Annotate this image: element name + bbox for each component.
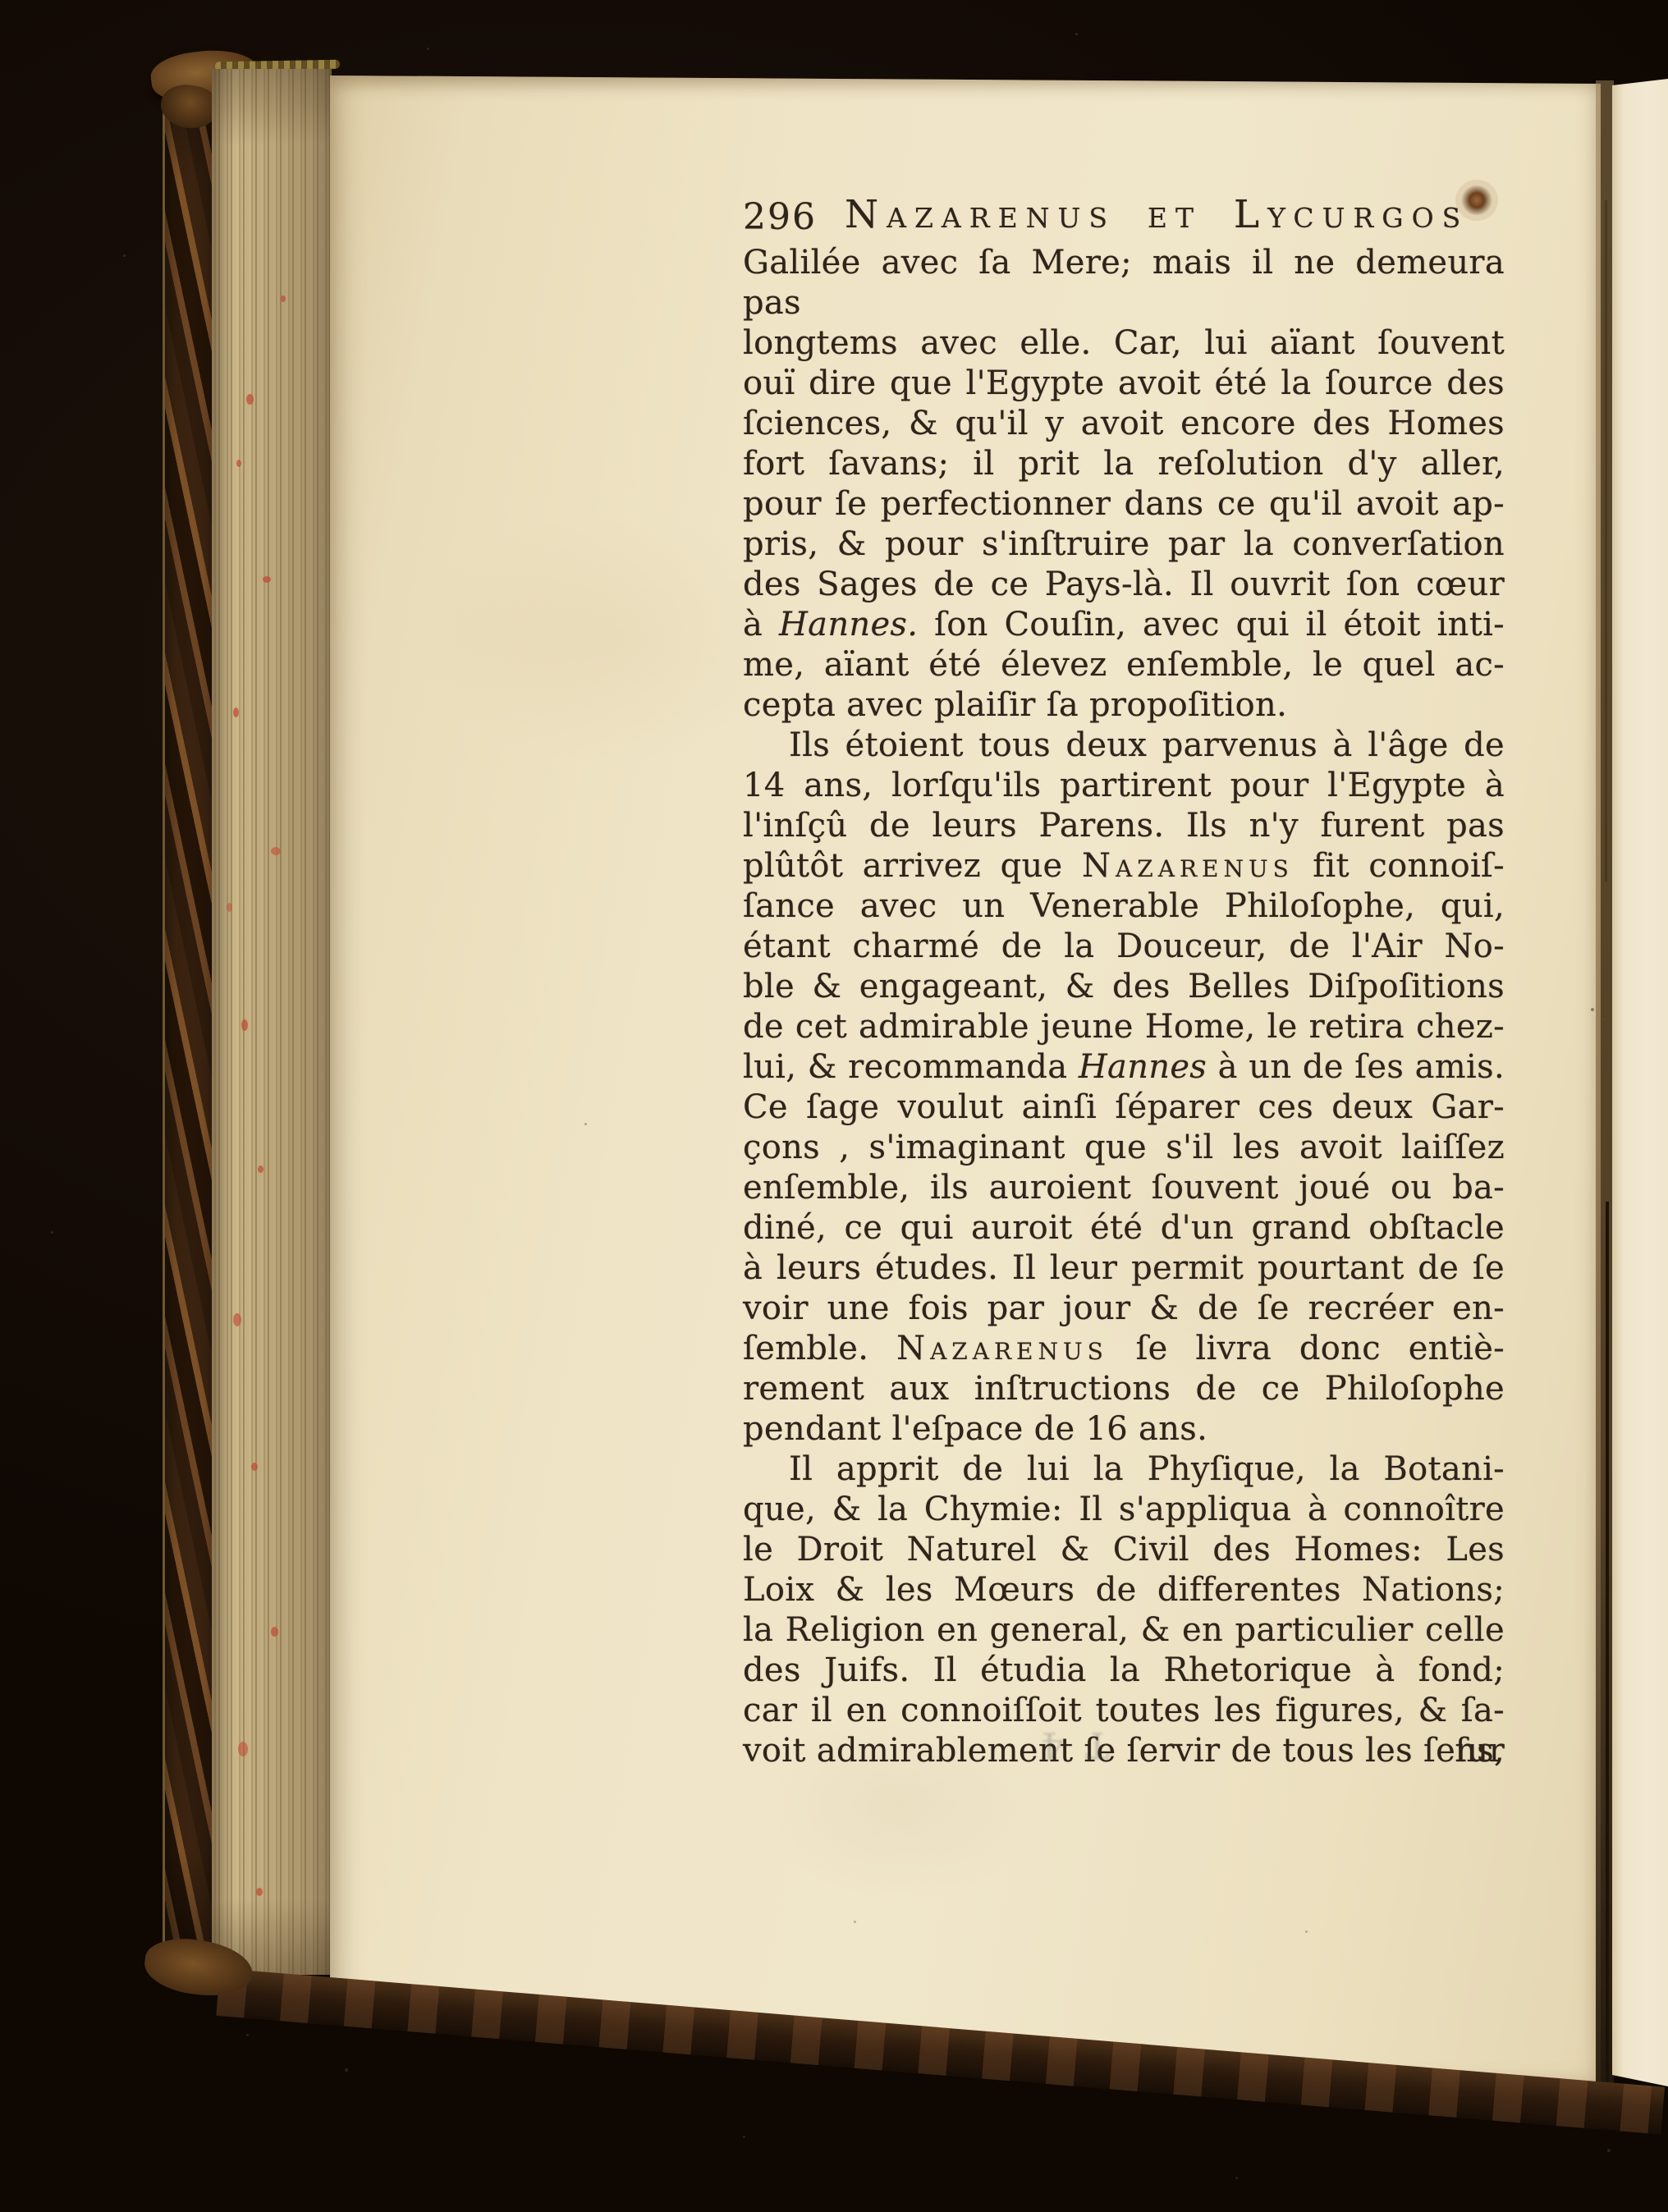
text-segment: cepta avec plaiſir ſa propoſition. bbox=[743, 686, 1287, 724]
text-line: pris, & pour s'inſtruire par la converſa… bbox=[743, 524, 1505, 565]
text-line: la Religion en general, & en particulier… bbox=[743, 1610, 1505, 1651]
page-header: 296 Nazarenus et Lycurgos bbox=[743, 192, 1514, 238]
running-title: Nazarenus et Lycurgos bbox=[845, 192, 1469, 237]
text-line: rement aux inſtructions de ce Philoſophe bbox=[743, 1369, 1505, 1409]
dust-speck bbox=[743, 2136, 745, 2138]
text-segment: le Droit Naturel & Civil des Homes: Les bbox=[743, 1531, 1505, 1569]
edge-speckle bbox=[227, 903, 232, 912]
italic-name: Hannes. bbox=[779, 606, 918, 643]
catchword: ſur bbox=[743, 1731, 1505, 1771]
text-line: pendant l'eſpace de 16 ans. bbox=[743, 1409, 1505, 1449]
text-segment: ſemble. bbox=[743, 1330, 896, 1367]
text-segment: étant charmé de la Douceur, de l'Air No- bbox=[743, 927, 1505, 965]
edge-speckle bbox=[251, 1463, 258, 1471]
text-segment: à bbox=[743, 606, 779, 643]
text-segment: Ils étoient tous deux parvenus à l'âge d… bbox=[789, 726, 1505, 764]
text-segment: pour ſe perfectionner dans ce qu'il avoi… bbox=[743, 485, 1505, 523]
book-spine-edge bbox=[163, 67, 216, 1963]
italic-name: Hannes bbox=[1079, 1048, 1207, 1086]
dust-speck bbox=[427, 48, 429, 50]
text-line: Loix & les Mœurs de differentes Nations; bbox=[743, 1570, 1505, 1610]
text-line: car il en connoiſſoit toutes les figures… bbox=[743, 1691, 1505, 1731]
photo-backdrop: 296 Nazarenus et Lycurgos Galilée avec ſ… bbox=[0, 0, 1668, 2212]
edge-speckle bbox=[256, 1888, 263, 1896]
text-segment: l'inſçû de leurs Parens. Ils n'y furent … bbox=[743, 807, 1505, 845]
dust-speck bbox=[51, 1231, 53, 1234]
text-segment: longtems avec elle. Car, lui aïant ſouve… bbox=[743, 324, 1505, 362]
text-segment: pendant l'eſpace de 16 ans. bbox=[743, 1410, 1207, 1448]
text-line: diné, ce qui auroit été d'un grand obſta… bbox=[743, 1208, 1505, 1248]
text-line: cepta avec plaiſir ſa propoſition. bbox=[743, 685, 1505, 726]
text-line: 14 ans, lorſqu'ils partirent pour l'Egyp… bbox=[743, 766, 1505, 806]
text-segment: que, & la Chymie: Il s'appliqua à connoî… bbox=[743, 1491, 1505, 1528]
ink-stain-spot bbox=[1461, 185, 1492, 215]
text-segment: ouï dire que l'Egypte avoit été la ſourc… bbox=[743, 364, 1505, 402]
text-segment: fort ſavans; il prit la reſolution d'y a… bbox=[743, 445, 1505, 483]
text-segment: Galilée avec ſa Mere; mais il ne demeura… bbox=[743, 244, 1505, 322]
edge-speckle bbox=[233, 1313, 241, 1326]
text-segment: çons , s'imaginant que s'il les avoit la… bbox=[743, 1129, 1505, 1166]
text-segment: ſe livra donc entiè- bbox=[1108, 1330, 1505, 1367]
text-segment: fit connoiſ- bbox=[1294, 847, 1505, 885]
page-gutter-crease bbox=[1596, 80, 1614, 2083]
text-line: le Droit Naturel & Civil des Homes: Les bbox=[743, 1530, 1505, 1570]
text-line: de cet admirable jeune Home, le retira c… bbox=[743, 1007, 1505, 1047]
text-segment: voir une fois par jour & de ſe recréer e… bbox=[743, 1289, 1505, 1327]
text-segment: Loix & les Mœurs de differentes Nations; bbox=[743, 1571, 1505, 1609]
text-segment: me, aïant été élevez enſemble, le quel a… bbox=[743, 646, 1505, 684]
text-segment: plûtôt arrivez que bbox=[743, 847, 1082, 885]
text-line: çons , s'imaginant que s'il les avoit la… bbox=[743, 1128, 1505, 1168]
page-block-fore-edge bbox=[212, 69, 332, 1975]
text-line: ouï dire que l'Egypte avoit été la ſourc… bbox=[743, 364, 1505, 404]
dust-speck bbox=[345, 2068, 348, 2072]
edge-speckle bbox=[233, 708, 239, 717]
dust-speck bbox=[1235, 2177, 1238, 2179]
dust-speck bbox=[123, 254, 126, 257]
text-segment: de cet admirable jeune Home, le retira c… bbox=[743, 1008, 1505, 1046]
text-line: plûtôt arrivez que Nazarenus fit connoiſ… bbox=[743, 846, 1505, 886]
text-line: à Hannes. ſon Couſin, avec qui il étoit … bbox=[743, 605, 1505, 645]
text-line: l'inſçû de leurs Parens. Ils n'y furent … bbox=[743, 806, 1505, 846]
text-segment: des Sages de ce Pays-là. Il ouvrit ſon c… bbox=[743, 566, 1505, 603]
text-line: Ils étoient tous deux parvenus à l'âge d… bbox=[743, 726, 1505, 766]
text-line: Ce ſage voulut ainſi ſéparer ces deux Ga… bbox=[743, 1088, 1505, 1128]
text-line: ſance avec un Venerable Philoſophe, qui, bbox=[743, 886, 1505, 927]
paper-speck bbox=[1305, 1930, 1308, 1933]
text-segment: des Juifs. Il étudia la Rhetorique à fon… bbox=[743, 1651, 1505, 1689]
text-segment: ſciences, & qu'il y avoit encore des Hom… bbox=[743, 405, 1505, 442]
text-segment: pris, & pour s'inſtruire par la converſa… bbox=[743, 525, 1505, 563]
text-line: lui, & recommanda Hannes à un de ſes ami… bbox=[743, 1047, 1505, 1088]
show-through-signature: T 4 bbox=[1036, 1724, 1109, 1765]
edge-speckle bbox=[238, 1742, 248, 1756]
text-segment: à leurs études. Il leur permit pourtant … bbox=[743, 1249, 1505, 1287]
text-segment: 14 ans, lorſqu'ils partirent pour l'Egyp… bbox=[743, 767, 1505, 804]
small-caps-name: Nazarenus bbox=[1082, 847, 1294, 885]
paper-speck bbox=[584, 1123, 587, 1125]
paper-speck bbox=[1591, 1008, 1594, 1011]
text-segment: Il apprit de lui la Phyſique, la Botani- bbox=[789, 1450, 1505, 1488]
text-segment: car il en connoiſſoit toutes les figures… bbox=[743, 1692, 1505, 1729]
edge-speckle bbox=[246, 394, 254, 405]
text-line: Galilée avec ſa Mere; mais il ne demeura… bbox=[743, 243, 1505, 323]
edge-speckle bbox=[258, 1166, 263, 1173]
next-page-sliver bbox=[1612, 79, 1668, 2090]
text-line: voir une fois par jour & de ſe recréer e… bbox=[743, 1289, 1505, 1329]
edge-speckle bbox=[271, 847, 281, 855]
edge-speckle bbox=[271, 1627, 278, 1637]
text-line: ſciences, & qu'il y avoit encore des Hom… bbox=[743, 404, 1505, 444]
text-segment: Ce ſage voulut ainſi ſéparer ces deux Ga… bbox=[743, 1088, 1505, 1126]
edge-speckle bbox=[263, 576, 271, 583]
text-segment: la Religion en general, & en particulier… bbox=[743, 1611, 1505, 1649]
text-line: que, & la Chymie: Il s'appliqua à connoî… bbox=[743, 1490, 1505, 1530]
text-line: ble & engageant, & des Belles Diſpoſitio… bbox=[743, 967, 1505, 1007]
paper-speck bbox=[854, 1921, 856, 1923]
dust-speck bbox=[1607, 2149, 1611, 2152]
text-line: enſemble, ils auroient ſouvent joué ou b… bbox=[743, 1168, 1505, 1208]
dust-speck bbox=[246, 2034, 249, 2036]
text-line: pour ſe perfectionner dans ce qu'il avoi… bbox=[743, 484, 1505, 524]
text-segment: à un de ſes amis. bbox=[1207, 1048, 1505, 1086]
edge-speckle bbox=[281, 295, 286, 302]
text-segment: ſon Couſin, avec qui il étoit inti- bbox=[918, 606, 1505, 643]
text-line: fort ſavans; il prit la reſolution d'y a… bbox=[743, 444, 1505, 484]
text-segment: rement aux inſtructions de ce Philoſophe bbox=[743, 1370, 1505, 1408]
text-line: me, aïant été élevez enſemble, le quel a… bbox=[743, 645, 1505, 685]
edge-speckle bbox=[241, 1019, 248, 1031]
text-segment: enſemble, ils auroient ſouvent joué ou b… bbox=[743, 1169, 1505, 1207]
text-segment: diné, ce qui auroit été d'un grand obſta… bbox=[743, 1209, 1505, 1247]
text-segment: ſance avec un Venerable Philoſophe, qui, bbox=[743, 887, 1505, 925]
text-block: Galilée avec ſa Mere; mais il ne demeura… bbox=[743, 243, 1505, 1771]
text-segment: lui, & recommanda bbox=[743, 1048, 1079, 1086]
edge-speckle bbox=[236, 460, 241, 467]
text-line: des Sages de ce Pays-là. Il ouvrit ſon c… bbox=[743, 565, 1505, 605]
page-number: 296 bbox=[743, 196, 817, 238]
dust-speck bbox=[1075, 33, 1078, 35]
text-line: à leurs études. Il leur permit pourtant … bbox=[743, 1248, 1505, 1289]
text-line: ſemble. Nazarenus ſe livra donc entiè- bbox=[743, 1329, 1505, 1369]
small-caps-name: Nazarenus bbox=[896, 1330, 1108, 1367]
text-line: Il apprit de lui la Phyſique, la Botani- bbox=[743, 1449, 1505, 1490]
text-segment: ble & engageant, & des Belles Diſpoſitio… bbox=[743, 968, 1505, 1005]
text-line: étant charmé de la Douceur, de l'Air No- bbox=[743, 927, 1505, 967]
text-line: des Juifs. Il étudia la Rhetorique à fon… bbox=[743, 1651, 1505, 1691]
text-line: longtems avec elle. Car, lui aïant ſouve… bbox=[743, 323, 1505, 364]
